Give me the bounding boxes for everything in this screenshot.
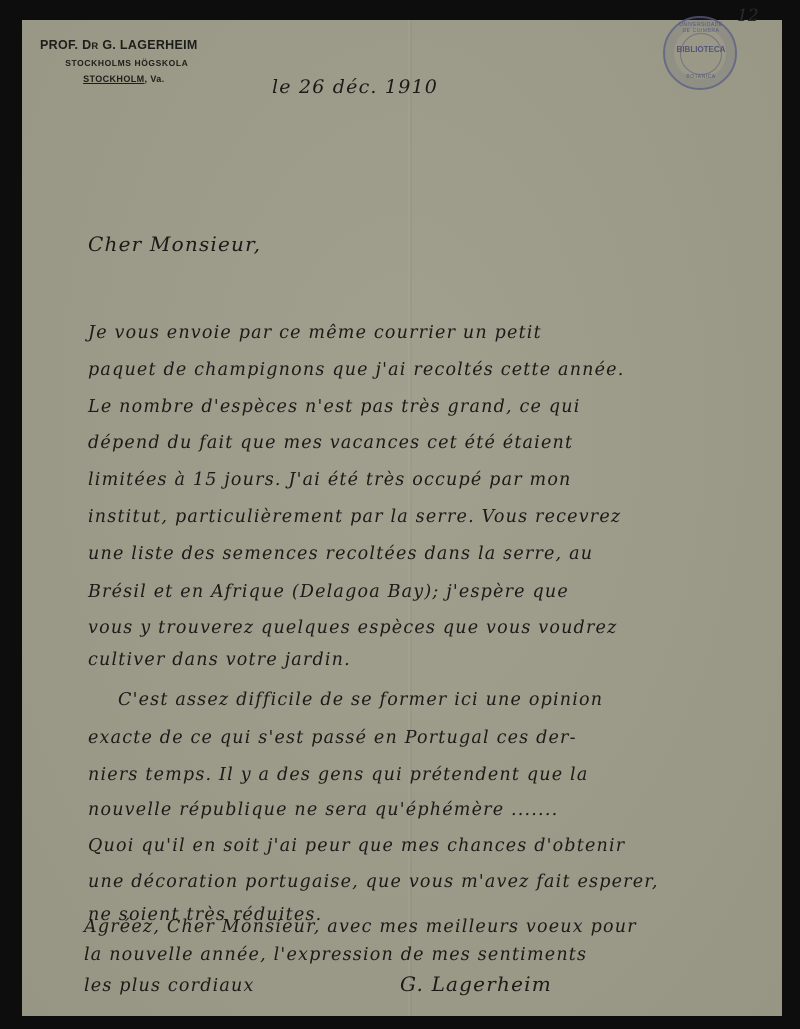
- body-line: institut, particulièrement par la serre.…: [88, 507, 621, 527]
- stamp-inner-ring: [680, 33, 722, 75]
- letterhead-institution: STOCKHOLMS HÖGSKOLA: [56, 58, 198, 68]
- city-suffix: , Va.: [145, 74, 165, 84]
- letter-date: le 26 déc. 1910: [272, 76, 438, 98]
- stamp-center-text: BIBLIOTECA: [671, 45, 731, 54]
- body-line: limitées à 15 jours. J'ai été très occup…: [88, 470, 572, 490]
- body-line: Je vous envoie par ce même courrier un p…: [88, 323, 542, 343]
- body-line: vous y trouverez quelques espèces que vo…: [88, 618, 618, 638]
- name-suffix: G. LAGERHEIM: [99, 38, 198, 52]
- signature: G. Lagerheim: [400, 972, 552, 996]
- body-line: niers temps. Il y a des gens qui prétend…: [88, 765, 588, 785]
- body-line: Quoi qu'il en soit j'ai peur que mes cha…: [88, 836, 625, 856]
- body-line: C'est assez difficile de se former ici u…: [118, 690, 603, 710]
- stamp-top-text: UNIVERSIDADE DE COIMBRA: [675, 22, 727, 34]
- body-line: une liste des semences recoltées dans la…: [88, 544, 593, 564]
- body-line: paquet de champignons que j'ai recoltés …: [88, 360, 625, 380]
- body-line: Brésil et en Afrique (Delagoa Bay); j'es…: [88, 582, 569, 602]
- name-sup: R: [91, 41, 98, 52]
- letterhead-name: PROF. DR G. LAGERHEIM: [40, 38, 198, 52]
- body-line: une décoration portugaise, que vous m'av…: [88, 872, 659, 892]
- body-line: la nouvelle année, l'expression de mes s…: [84, 945, 587, 965]
- body-line: dépend du fait que mes vacances cet été …: [88, 433, 573, 453]
- stamp-bottom-text: BOTANICA: [675, 74, 727, 80]
- salutation: Cher Monsieur,: [88, 232, 261, 256]
- letterhead-city: STOCKHOLM, Va.: [50, 74, 198, 84]
- city-name: STOCKHOLM: [83, 74, 144, 84]
- body-line: exacte de ce qui s'est passé en Portugal…: [88, 728, 577, 748]
- library-stamp-icon: UNIVERSIDADE DE COIMBRA BIBLIOTECA BOTAN…: [663, 16, 737, 90]
- body-line: cultiver dans votre jardin.: [88, 650, 351, 670]
- name-prefix: PROF. D: [40, 38, 91, 52]
- body-line: Agréez, Cher Monsieur, avec mes meilleur…: [84, 917, 637, 937]
- body-line: les plus cordiaux: [84, 976, 255, 996]
- body-line: Le nombre d'espèces n'est pas très grand…: [88, 397, 581, 417]
- folio-number: 12: [737, 6, 759, 26]
- body-line: nouvelle république ne sera qu'éphémère …: [88, 800, 558, 820]
- letterhead: PROF. DR G. LAGERHEIM STOCKHOLMS HÖGSKOL…: [40, 38, 198, 84]
